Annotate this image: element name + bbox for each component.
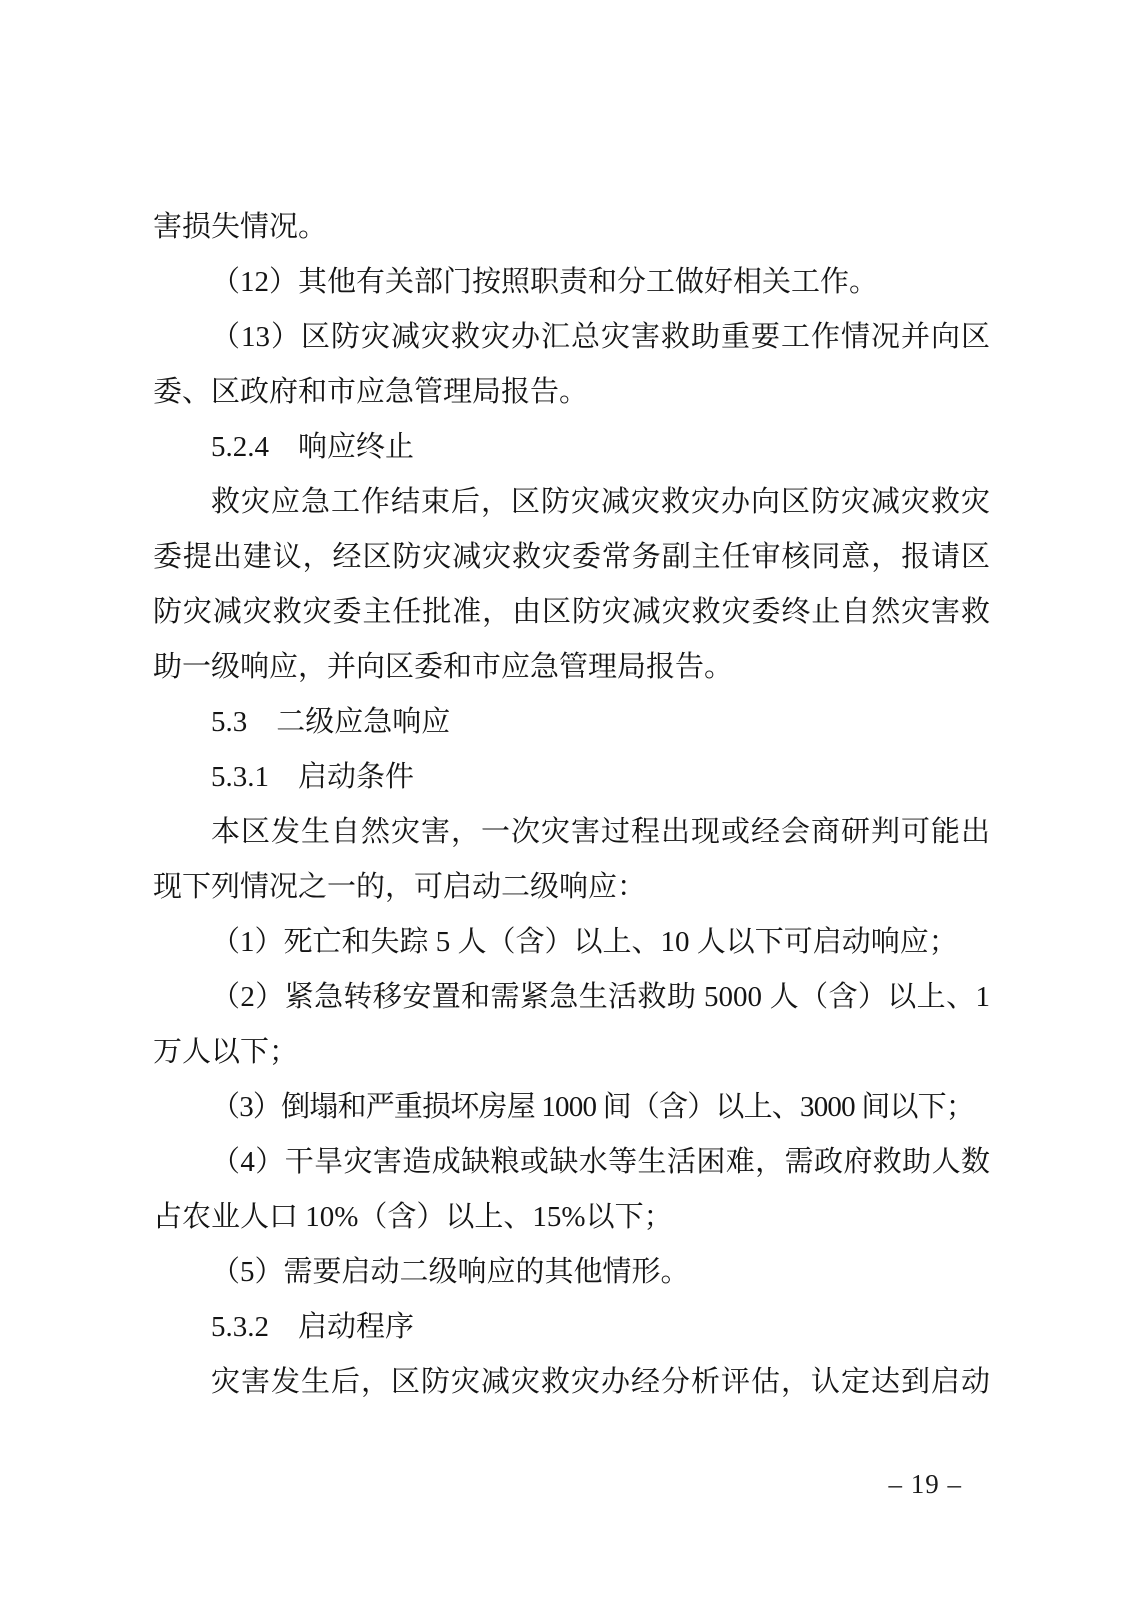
body-line-524-3: 防灾减灾救灾委主任批准，由区防灾减灾救灾委终止自然灾害救 <box>153 585 990 640</box>
body-line-item-2: （2）紧急转移安置和需紧急生活救助 5000 人（含）以上、1 <box>153 970 990 1025</box>
body-line-item-1: （1）死亡和失踪 5 人（含）以上、10 人以下可启动响应； <box>153 915 990 970</box>
heading-5-3-1: 5.3.1 启动条件 <box>153 750 990 805</box>
body-line-item-5: （5）需要启动二级响应的其他情形。 <box>153 1245 990 1300</box>
body-line-item-12: （12）其他有关部门按照职责和分工做好相关工作。 <box>153 255 990 310</box>
page-number: – 19 – <box>889 1468 963 1500</box>
body-line-524-2: 委提出建议，经区防灾减灾救灾委常务副主任审核同意，报请区 <box>153 530 990 585</box>
heading-5-3: 5.3 二级应急响应 <box>153 695 990 750</box>
body-line-531-2: 现下列情况之一的，可启动二级响应： <box>153 860 990 915</box>
heading-5-3-2: 5.3.2 启动程序 <box>153 1300 990 1355</box>
body-line-item-13: （13）区防灾减灾救灾办汇总灾害救助重要工作情况并向区 <box>153 310 990 365</box>
document-text-block: 害损失情况。 （12）其他有关部门按照职责和分工做好相关工作。 （13）区防灾减… <box>153 200 990 1410</box>
body-line-531-1: 本区发生自然灾害，一次灾害过程出现或经会商研判可能出 <box>153 805 990 860</box>
body-line-item-4: （4）干旱灾害造成缺粮或缺水等生活困难，需政府救助人数 <box>153 1135 990 1190</box>
body-line-item-13-cont: 委、区政府和市应急管理局报告。 <box>153 365 990 420</box>
heading-5-2-4: 5.2.4 响应终止 <box>153 420 990 475</box>
body-line-continuation: 害损失情况。 <box>153 200 990 255</box>
body-line-item-3: （3）倒塌和严重损坏房屋 1000 间（含）以上、3000 间以下； <box>153 1080 990 1135</box>
body-line-item-4-cont: 占农业人口 10%（含）以上、15%以下； <box>153 1190 990 1245</box>
body-line-524-1: 救灾应急工作结束后，区防灾减灾救灾办向区防灾减灾救灾 <box>153 475 990 530</box>
body-line-524-4: 助一级响应，并向区委和市应急管理局报告。 <box>153 640 990 695</box>
body-line-532-1: 灾害发生后，区防灾减灾救灾办经分析评估，认定达到启动 <box>153 1355 990 1410</box>
body-line-item-2-cont: 万人以下； <box>153 1025 990 1080</box>
